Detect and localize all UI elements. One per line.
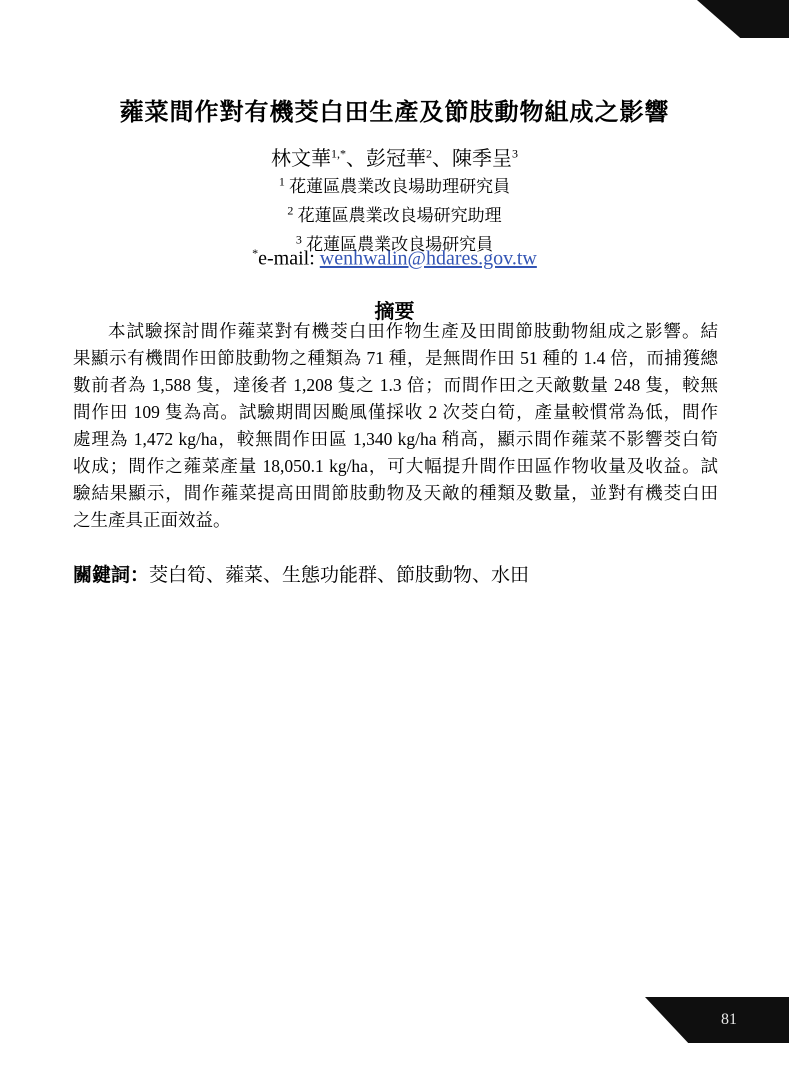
abstract-line: 收成；間作之蕹菜產量 18,050.1 kg/ha，可大幅提升間作田區作物收量及…	[73, 453, 718, 480]
abstract-line: 之生產具正面效益。	[73, 507, 718, 534]
author-name: 陳季呈	[452, 148, 512, 170]
email-line: *e-mail: wenhwalin@hdares.gov.tw	[0, 246, 789, 271]
affiliation-text: 花蓮區農業改良場助理研究員	[289, 177, 510, 196]
author-name: 林文華	[271, 148, 331, 170]
keywords-line: 關鍵詞：茭白筍、蕹菜、生態功能群、節肢動物、水田	[73, 560, 718, 587]
paper-title: 蕹菜間作對有機茭白田生產及節肢動物組成之影響	[0, 92, 789, 127]
abstract-line: 本試驗探討間作蕹菜對有機茭白田作物生產及田間節肢動物組成之影響。結	[73, 318, 718, 345]
author-separator: 、	[432, 148, 452, 170]
abstract-line: 間作田 109 隻為高。試驗期間因颱風僅採收 2 次茭白筍，產量較慣常為低，間作	[73, 399, 718, 426]
affiliation-superscript: 1	[279, 174, 285, 188]
abstract-line: 處理為 1,472 kg/ha，較無間作田區 1,340 kg/ha 稍高，顯示…	[73, 426, 718, 453]
author-separator: 、	[346, 148, 366, 170]
keywords-label: 關鍵詞：	[73, 565, 149, 586]
page-number: 81	[721, 1011, 737, 1029]
keywords-text: 茭白筍、蕹菜、生態功能群、節肢動物、水田	[149, 565, 529, 586]
author-name: 彭冠華	[366, 148, 426, 170]
affiliation-line: 1 花蓮區農業改良場助理研究員	[0, 172, 789, 197]
email-link[interactable]: wenhwalin@hdares.gov.tw	[320, 248, 537, 270]
affiliation-line: 2 花蓮區農業改良場研究助理	[0, 201, 789, 226]
affiliation-superscript: 2	[287, 203, 293, 217]
abstract-line: 驗結果顯示，間作蕹菜提高田間節肢動物及天敵的種類及數量，並對有機茭白田	[73, 480, 718, 507]
author-superscript: 3	[512, 146, 518, 160]
abstract-line: 果顯示有機間作田節肢動物之種類為 71 種，是無間作田 51 種的 1.4 倍，…	[73, 345, 718, 372]
abstract-paragraph: 本試驗探討間作蕹菜對有機茭白田作物生產及田間節肢動物組成之影響。結 果顯示有機間…	[73, 318, 718, 534]
authors-line: 林文華1,*、彭冠華2、陳季呈3	[0, 142, 789, 171]
affiliation-superscript: 3	[296, 232, 302, 246]
top-corner-decoration	[697, 0, 789, 38]
email-label: e-mail:	[258, 248, 320, 270]
page-container: 蕹菜間作對有機茭白田生產及節肢動物組成之影響 林文華1,*、彭冠華2、陳季呈3 …	[0, 0, 789, 1080]
page-number-band: 81	[645, 997, 789, 1043]
author-superscript: 1,*	[331, 146, 346, 160]
affiliation-text: 花蓮區農業改良場研究助理	[298, 206, 502, 225]
abstract-line: 數前者為 1,588 隻，達後者 1,208 隻之 1.3 倍；而間作田之天敵數…	[73, 372, 718, 399]
